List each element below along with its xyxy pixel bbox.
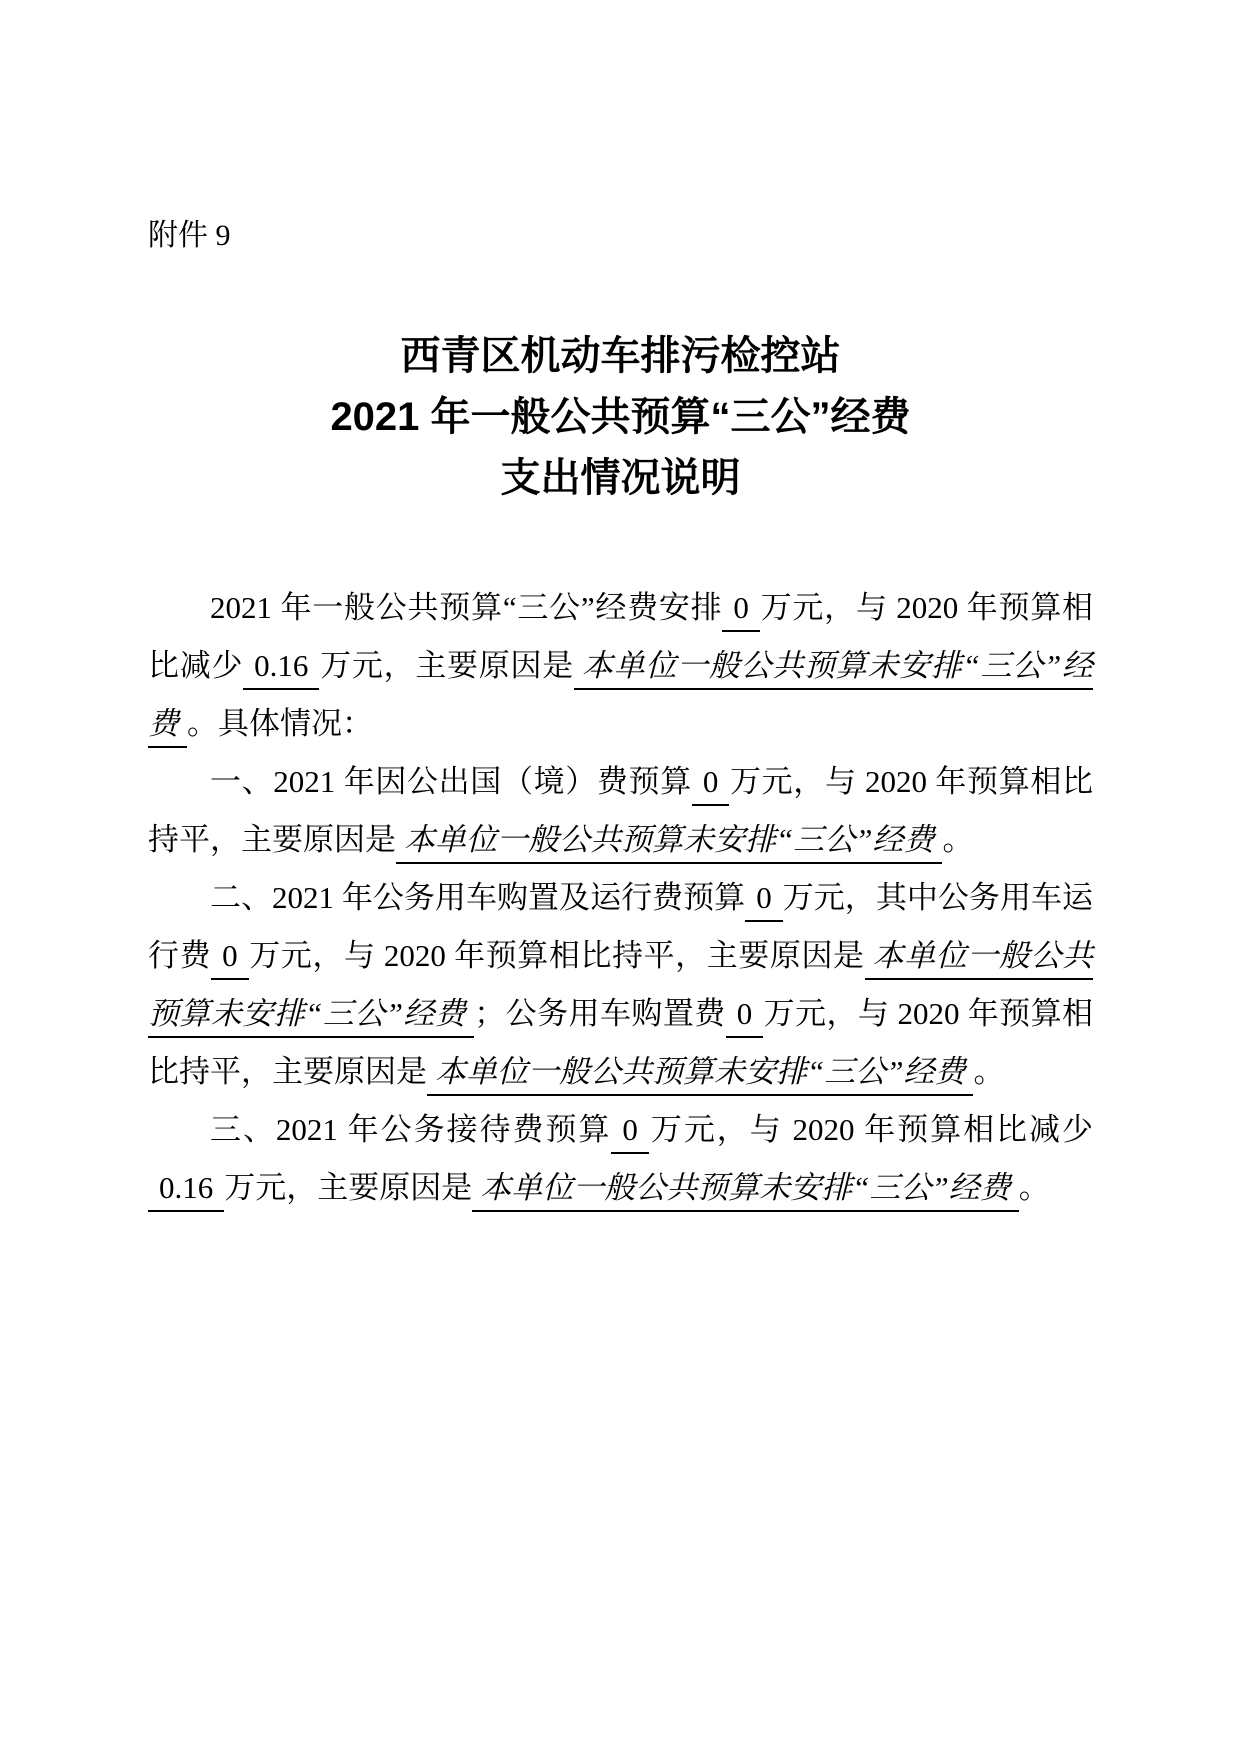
text-run: 。 xyxy=(1019,1170,1050,1205)
filled-in-reason-text: 本单位一般公共预算未安排“三公”经费 xyxy=(472,1170,1018,1212)
text-run: 。 xyxy=(942,822,973,857)
text-run: 一、2021 年因公出国（境）费预算 xyxy=(210,764,692,799)
filled-in-reason-text: 本单位一般公共预算未安排“三公”经费 xyxy=(396,822,942,864)
underlined-value: 0 xyxy=(726,996,764,1038)
underlined-value: 0.16 xyxy=(243,648,319,690)
underlined-value: 0 xyxy=(722,590,760,632)
text-run: 万元，与 2020 年预算相比减少 xyxy=(649,1112,1093,1147)
text-run: 二、2021 年公务用车购置及运行费预算 xyxy=(210,880,745,915)
underlined-value: 0 xyxy=(211,938,249,980)
text-run: 万元，主要原因是 xyxy=(319,648,574,683)
document-page: 附件 9 西青区机动车排污检控站 2021 年一般公共预算“三公”经费 支出情况… xyxy=(0,0,1241,1755)
text-run: 万元，与 2020 年预算相比持平，主要原因是 xyxy=(249,938,865,973)
text-run: 。具体情况： xyxy=(187,706,373,741)
title-line-org: 西青区机动车排污检控站 xyxy=(0,326,1241,387)
underlined-value: 0.16 xyxy=(148,1170,224,1212)
text-run: 2021 年一般公共预算“三公”经费安排 xyxy=(210,590,722,625)
text-run: 。 xyxy=(973,1054,1004,1089)
title-line-type: 支出情况说明 xyxy=(0,448,1241,509)
document-body: 2021 年一般公共预算“三公”经费安排0万元，与 2020 年预算相比减少0.… xyxy=(148,579,1093,1217)
paragraph: 三、2021 年公务接待费预算0万元，与 2020 年预算相比减少0.16万元，… xyxy=(148,1101,1093,1217)
underlined-value: 0 xyxy=(611,1112,649,1154)
paragraph: 2021 年一般公共预算“三公”经费安排0万元，与 2020 年预算相比减少0.… xyxy=(148,579,1093,753)
document-title: 西青区机动车排污检控站 2021 年一般公共预算“三公”经费 支出情况说明 xyxy=(0,326,1241,509)
underlined-value: 0 xyxy=(745,880,783,922)
paragraph: 二、2021 年公务用车购置及运行费预算0万元，其中公务用车运行费0万元，与 2… xyxy=(148,869,1093,1101)
attachment-label: 附件 9 xyxy=(148,218,231,254)
text-run: 万元，主要原因是 xyxy=(224,1170,472,1205)
title-line-subject: 2021 年一般公共预算“三公”经费 xyxy=(0,387,1241,448)
filled-in-reason-text: 本单位一般公共预算未安排“三公”经费 xyxy=(427,1054,973,1096)
paragraph: 一、2021 年因公出国（境）费预算0万元，与 2020 年预算相比持平，主要原… xyxy=(148,753,1093,869)
text-run: 三、2021 年公务接待费预算 xyxy=(210,1112,611,1147)
underlined-value: 0 xyxy=(692,764,730,806)
text-run: ；公务用车购置费 xyxy=(474,996,725,1031)
